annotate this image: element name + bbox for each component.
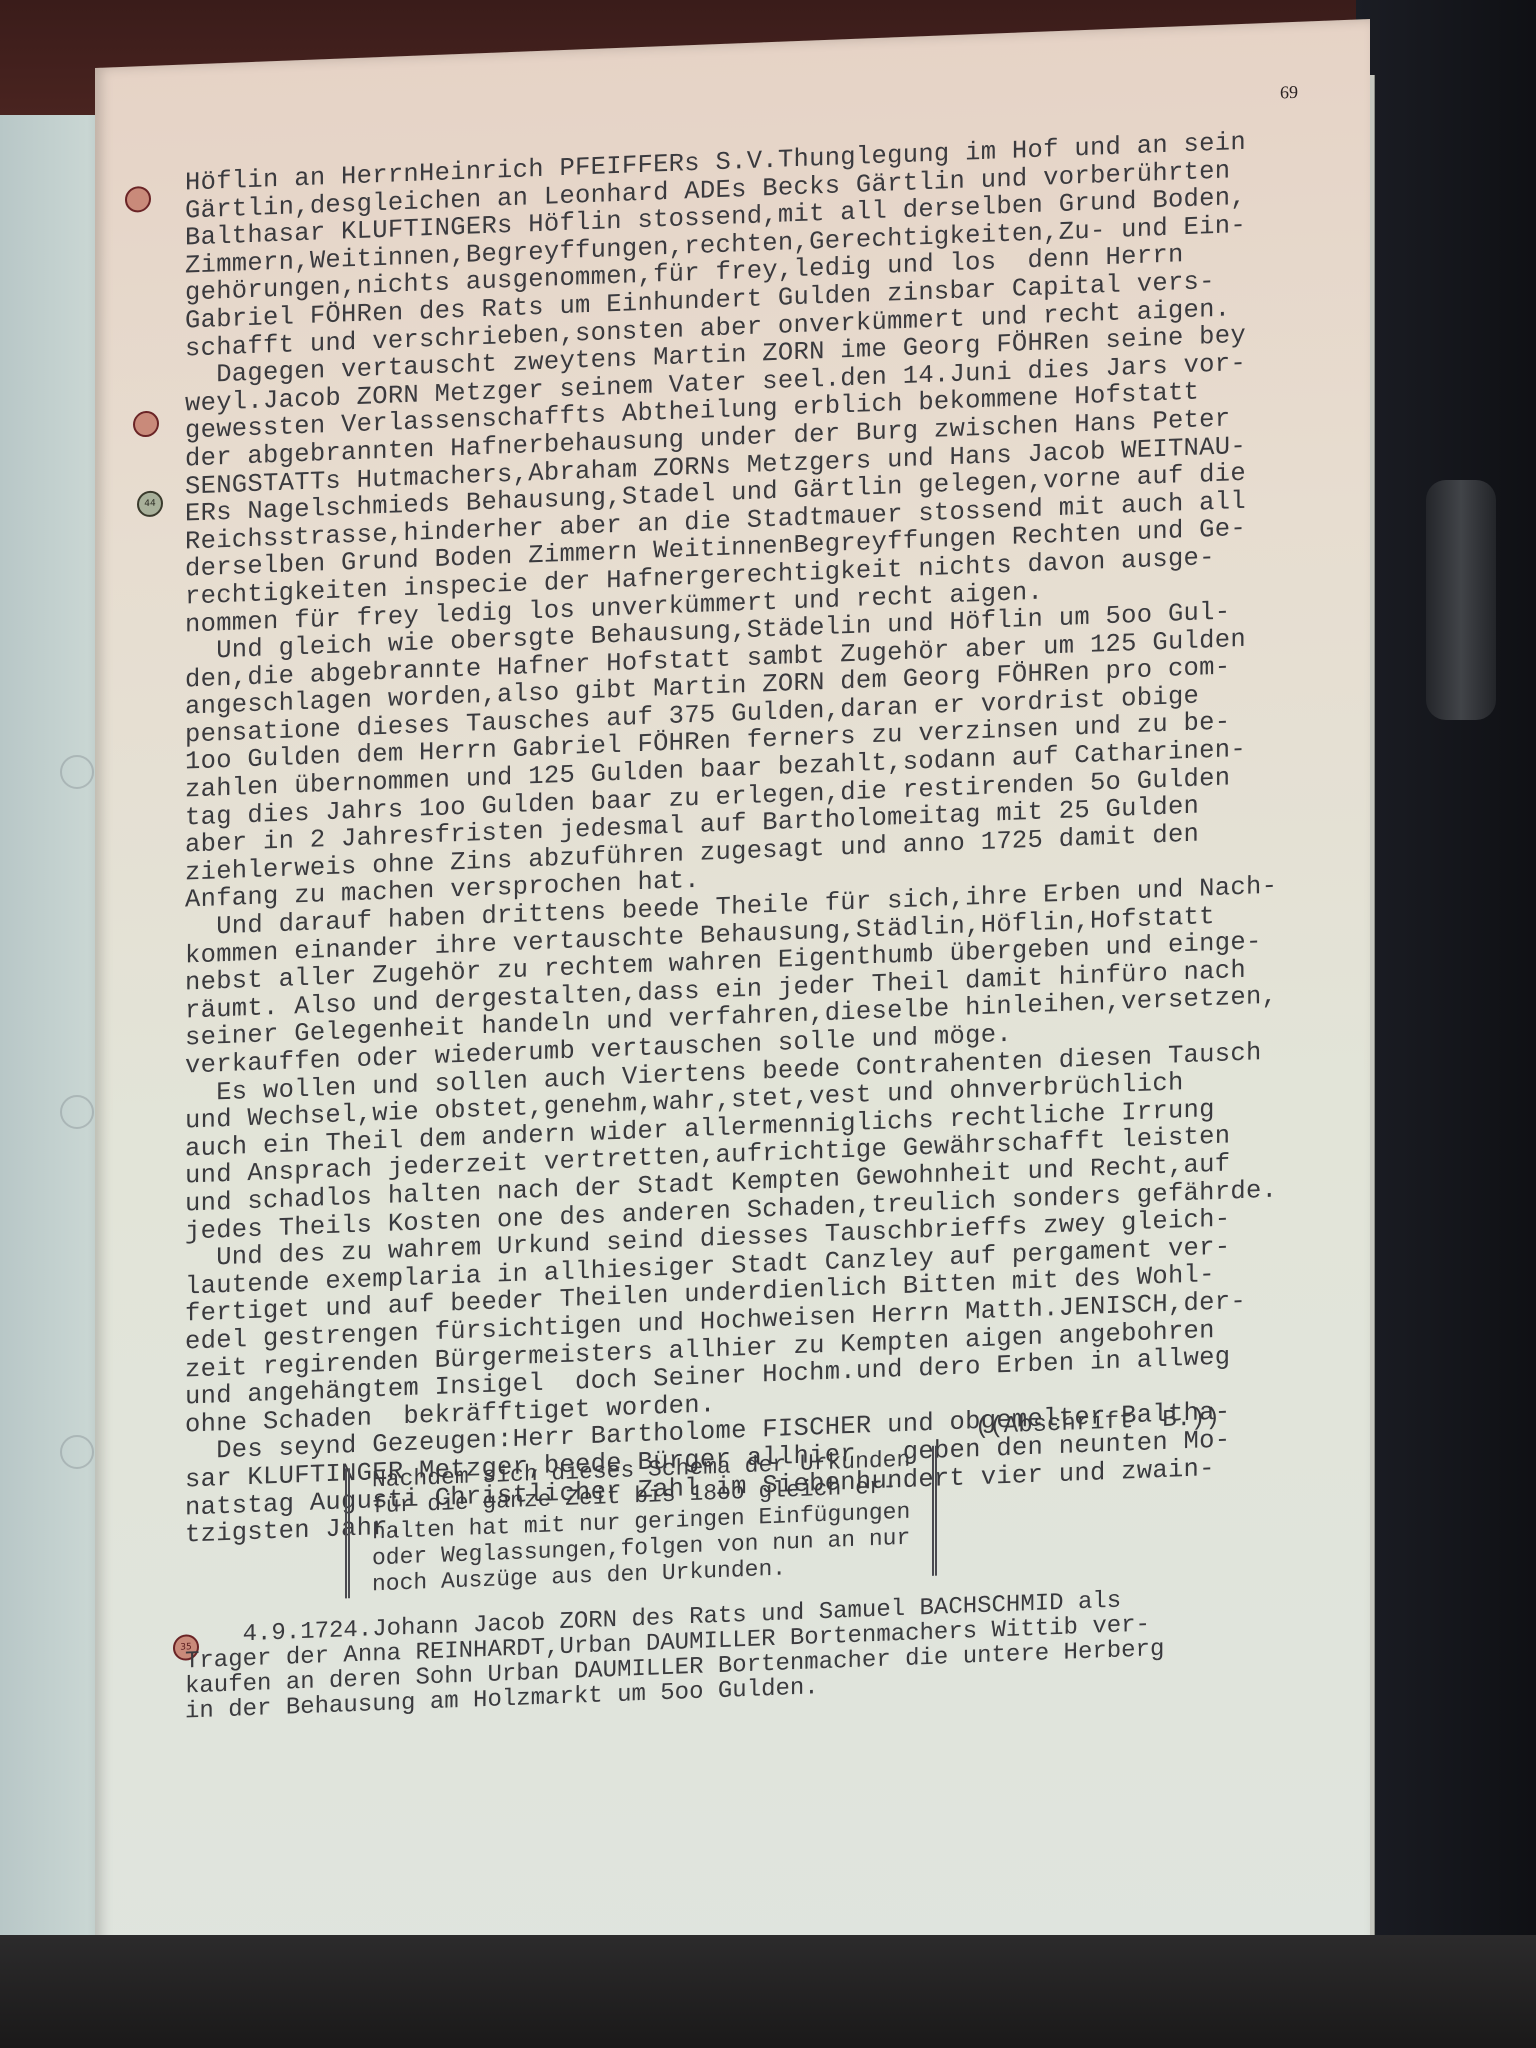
margin-mark-icon: 44 xyxy=(137,490,163,517)
background-bottom xyxy=(0,1935,1536,2048)
register-entry: 4.9.1724.Johann Jacob ZORN des Rats und … xyxy=(185,1581,1325,1725)
editor-note-box: Nachdem sich dieses Schema der Urkundenf… xyxy=(345,1446,937,1599)
page-number: 69 xyxy=(1280,82,1298,104)
binder-clip xyxy=(1426,480,1496,720)
faded-mark xyxy=(60,1095,94,1129)
faded-mark xyxy=(60,755,94,789)
document-page: 69 44 35 Höflin an HerrnHeinrich PFEIFFE… xyxy=(95,19,1370,2028)
margin-mark-icon xyxy=(125,186,151,213)
margin-mark-icon xyxy=(133,411,159,438)
document-body-text: Höflin an HerrnHeinrich PFEIFFERs S.V.Th… xyxy=(185,126,1325,1549)
faded-mark xyxy=(60,1435,94,1469)
